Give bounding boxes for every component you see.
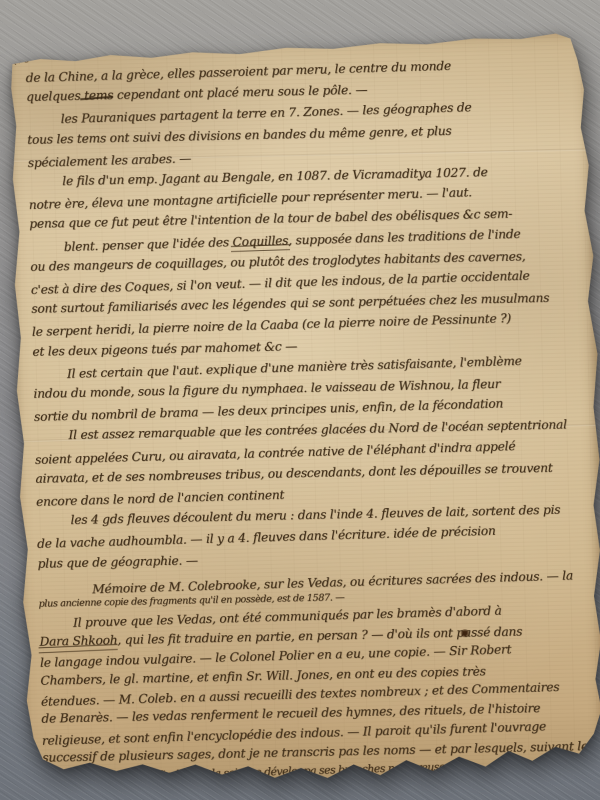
manuscript-paper: (76 de la Chine, a la grèce, elles passe… [5, 29, 600, 799]
paper-shadow: (76 de la Chine, a la grèce, elles passe… [5, 29, 600, 799]
manuscript-text: de la Chine, a la grèce, elles passeroie… [25, 53, 600, 784]
photo-background: (76 de la Chine, a la grèce, elles passe… [0, 0, 600, 800]
page-mark: (76 [13, 54, 31, 67]
